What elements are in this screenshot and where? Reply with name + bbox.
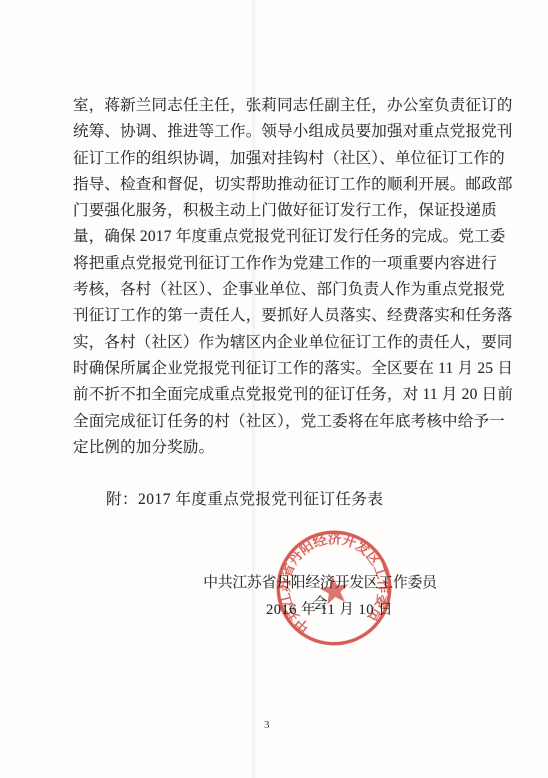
document-body-text: 室，蒋新兰同志任主任，张莉同志任副主任，办公室负责征订的 统筹、协调、推进等工作… — [73, 93, 482, 461]
body-text-line: 全面完成征订任务的村（社区），党工委将在年底考核中给予一 — [73, 409, 482, 435]
body-text-line: 征订工作的组织协调，加强对挂钩村（社区）、单位征订工作的 — [73, 146, 482, 172]
attachment-note: 附：2017 年度重点党报党刊征订任务表 — [106, 487, 383, 509]
body-text-line: 室，蒋新兰同志任主任，张莉同志任副主任，办公室负责征订的 — [73, 93, 482, 119]
scanned-document-page: 室，蒋新兰同志任主任，张莉同志任副主任，办公室负责征订的 统筹、协调、推进等工作… — [0, 0, 548, 778]
body-text-line: 量，确保 2017 年度重点党报党刊征订发行任务的完成。党工委 — [73, 224, 482, 250]
body-text-line: 刊征订工作的第一责任人，要抓好人员落实、经费落实和任务落 — [73, 303, 482, 329]
page-number: 3 — [264, 719, 270, 731]
body-text-line: 门要强化服务，积极主动上门做好征订发行工作，保证投递质 — [73, 198, 482, 224]
body-text-line: 统筹、协调、推进等工作。领导小组成员要加强对重点党报党刊 — [73, 119, 482, 145]
body-text-line: 时确保所属企业党报党刊征订工作的落实。全区要在 11 月 25 日 — [73, 356, 482, 382]
body-text-line: 实，各村（社区）作为辖区内企业单位征订工作的责任人，要同 — [73, 330, 482, 356]
body-text-line: 定比例的加分奖励。 — [73, 435, 482, 461]
body-text-line: 考核，各村（社区）、企事业单位、部门负责人作为重点党报党 — [73, 277, 482, 303]
issue-date: 2016 年 11 月 10 日 — [266, 598, 393, 619]
body-text-line: 指导、检查和督促，切实帮助推动征订工作的顺利开展。邮政部 — [73, 172, 482, 198]
body-text-line: 前不折不扣全面完成重点党报党刊的征订任务，对 11 月 20 日前 — [73, 382, 482, 408]
body-text-line: 将把重点党报党刊征订工作作为党建工作的一项重要内容进行 — [73, 251, 482, 277]
